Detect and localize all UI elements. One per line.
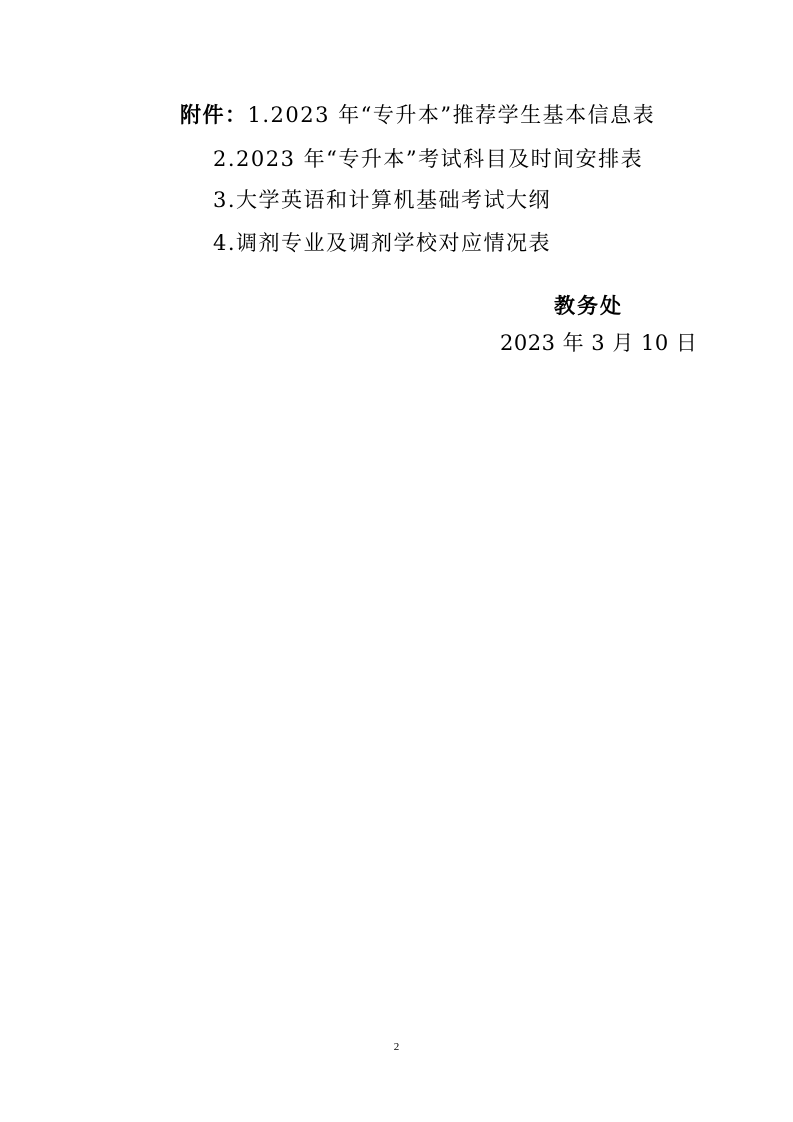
issuer-signature: 教务处 xyxy=(554,292,623,320)
attachment-item-1: 附件：1.2023 年“专升本”推荐学生基本信息表 xyxy=(180,101,655,129)
page-number: 2 xyxy=(0,1041,793,1053)
issue-date: 2023 年 3 月 10 日 xyxy=(500,329,697,357)
attachment-item-2: 2.2023 年“专升本”考试科目及时间安排表 xyxy=(213,145,643,173)
attachment-item-1-text: 1.2023 年“专升本”推荐学生基本信息表 xyxy=(248,103,656,127)
attachment-item-3: 3.大学英语和计算机基础考试大纲 xyxy=(213,186,551,214)
attachment-item-4: 4.调剂专业及调剂学校对应情况表 xyxy=(213,229,551,257)
attachments-label: 附件： xyxy=(180,103,248,127)
